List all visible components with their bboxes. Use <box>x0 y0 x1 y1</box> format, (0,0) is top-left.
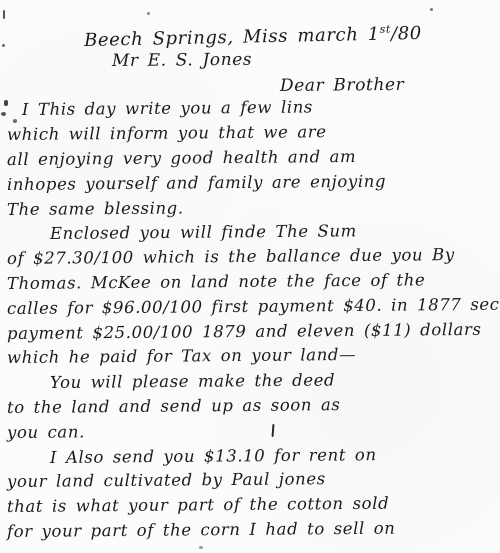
addressee-line: Mr E. S. Jones <box>112 45 500 73</box>
ink-speck <box>199 546 203 549</box>
letter-body: I This day write you a few lins which wi… <box>0 98 500 544</box>
date-ordinal-superscript: st <box>380 23 392 36</box>
letter-page: Beech Springs, Miss march 1st/80 Mr E. S… <box>0 0 500 553</box>
ink-speck <box>147 12 150 15</box>
place-date-line: Beech Springs, Miss march 1st/80 <box>84 15 500 49</box>
ink-speck <box>1 112 6 116</box>
letter-line: for your part of the corn I had to sell … <box>7 516 500 545</box>
letter-line: inhopes yourself and family are enjoying <box>7 168 500 197</box>
ink-speck <box>3 10 5 19</box>
letter-line: calles for $96.00/100 first payment $40.… <box>7 292 500 321</box>
letter-line: you can. <box>7 416 500 445</box>
date-year-text: /80 <box>391 23 422 45</box>
ink-speck <box>2 44 5 47</box>
ink-speck <box>430 8 433 11</box>
ink-speck <box>4 100 8 106</box>
letter-heading: Beech Springs, Miss march 1st/80 Mr E. S… <box>0 24 500 98</box>
